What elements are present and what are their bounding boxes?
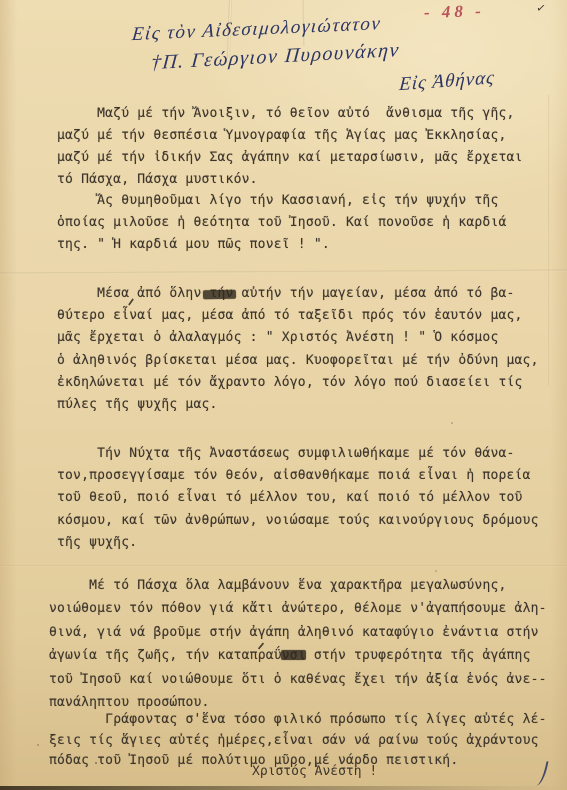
handwritten-dedication-line3: Εἰς Ἀθήνας bbox=[398, 67, 495, 96]
checkmark-icon: ✓ bbox=[536, 1, 546, 17]
scanned-letter-page: - 48 - ✓ Εἰς τὸν Αἰδεσιμολογιώτατον †Π. … bbox=[0, 0, 567, 790]
typed-paragraph-4: Τήν Νύχτα τῆς Ἀναστάσεως συμφιλιωθήκαμε … bbox=[57, 443, 539, 554]
typed-paragraph-5: Μέ τό Πάσχα ὅλα λαμβάνουν ἕνα χαρακτῆρα … bbox=[49, 574, 547, 714]
typed-paragraph-1: Μαζύ μέ τήν Ἄνοιξιν, τό θεῖον αὐτό ἄνθισ… bbox=[57, 103, 523, 191]
paper-crease bbox=[0, 565, 567, 567]
paper-crease bbox=[548, 95, 550, 385]
page-number: - 48 - bbox=[424, 1, 485, 23]
overtype-correction-mark bbox=[281, 650, 306, 660]
handwritten-dedication-line2: †Π. Γεώργιον Πυρουνάκην bbox=[150, 39, 401, 75]
typed-paragraph-2: Ἄς θυμηθοῦμαι λίγο τήν Κασσιανή, εἰς τήν… bbox=[57, 190, 507, 256]
strikethrough-mark bbox=[203, 290, 236, 300]
paper-crease bbox=[0, 270, 567, 275]
closing-line: Χριστός Ἀνέστη ! bbox=[252, 764, 377, 779]
typed-paragraph-6: Γράφοντας σ'ἕνα τόσο φιλικό πρόσωπο τίς … bbox=[49, 710, 547, 772]
scan-edge-shadow bbox=[0, 786, 567, 790]
